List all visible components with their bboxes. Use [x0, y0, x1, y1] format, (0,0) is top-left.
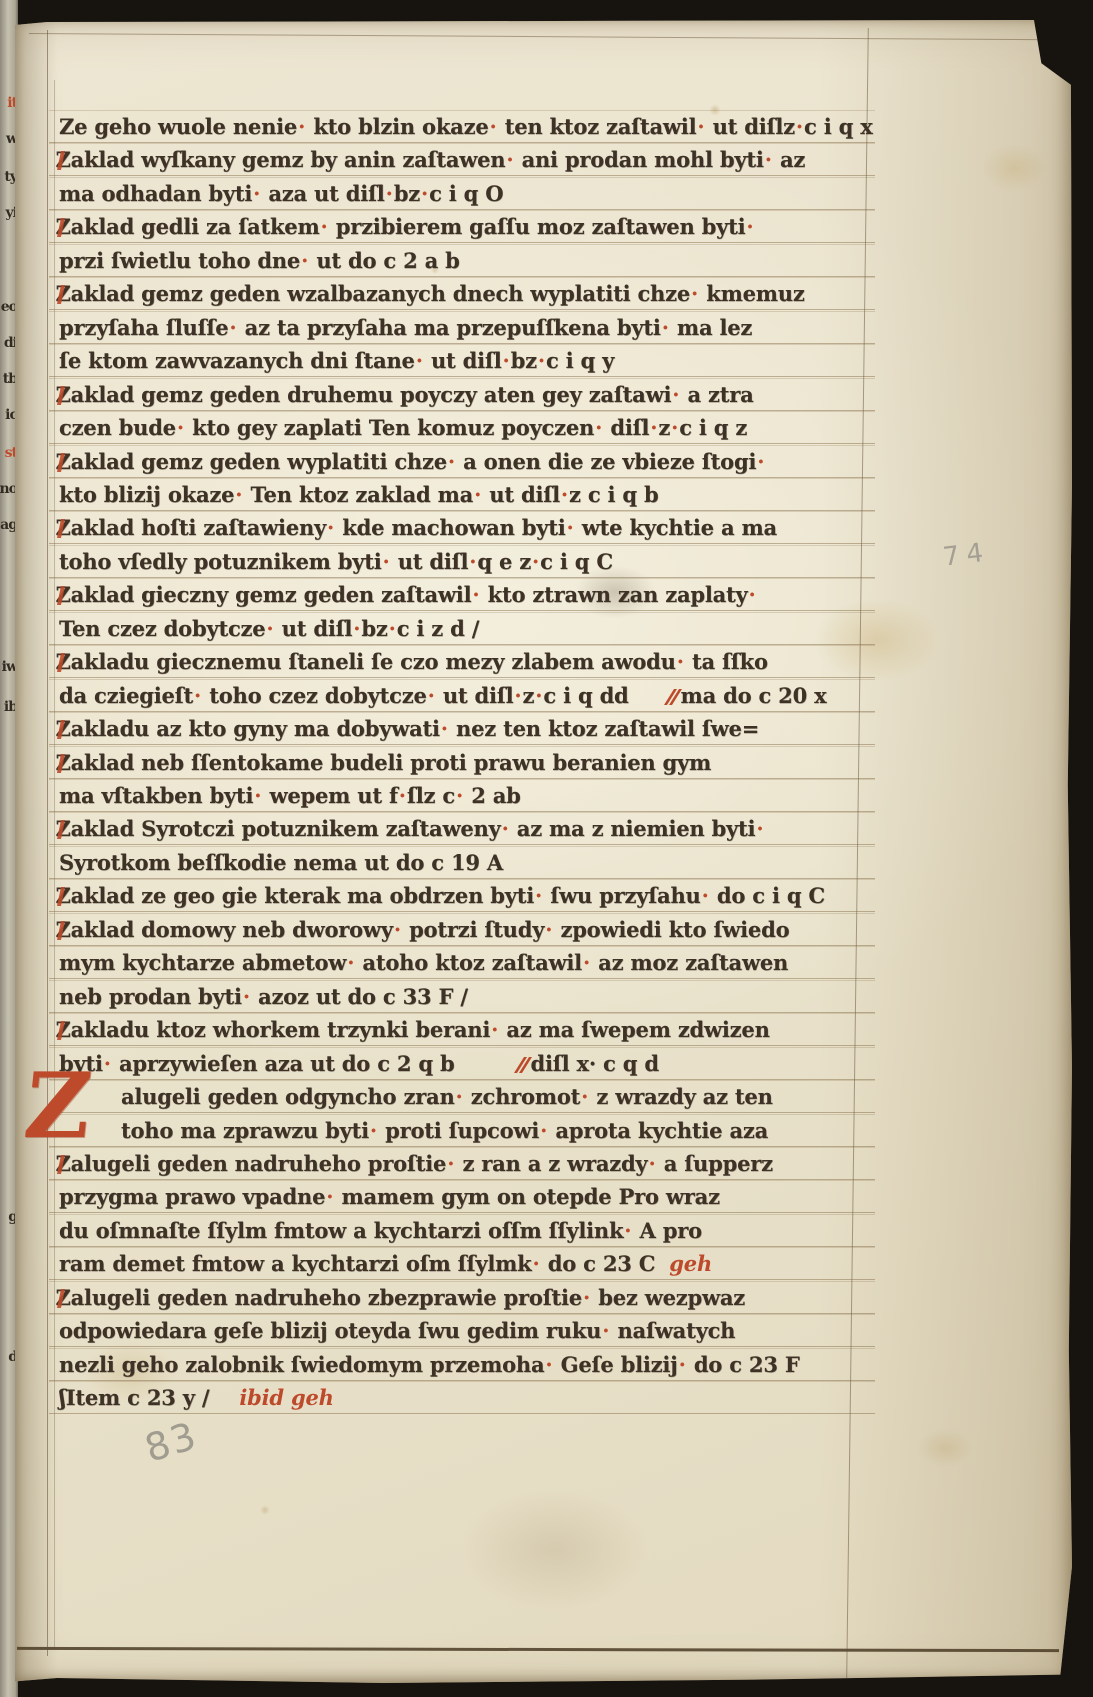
line-text: toho vſedly potuznikem byti· ut diſl·q e…	[59, 549, 613, 574]
line-text: przyſaha ſluſſe· az ta przyſaha ma przep…	[59, 315, 752, 340]
rubric-dot: ·	[388, 616, 397, 641]
rubric-dot: ·	[253, 783, 262, 808]
rubric-dot: ·	[393, 917, 402, 942]
text-line: toho vſedly potuznikem byti· ut diſl·q e…	[49, 545, 875, 578]
text-line: ſe ktom zawvazanych dni ſtane· ut diſl·b…	[49, 344, 875, 377]
text-line: przygma prawo vpadne· mamem gym on otepd…	[49, 1180, 875, 1213]
line-text: Syrotkom beſſkodie nema ut do c 19 A	[59, 850, 503, 875]
text-line: alugeli geden odgyncho zran· zchromot· z…	[49, 1080, 875, 1113]
line-text: Zaklad ze geo gie kterak ma obdrzen byti…	[56, 883, 825, 908]
text-line: neb prodan byti· azoz ut do c 33 F /	[49, 980, 875, 1013]
text-line: Zakladu ktoz whorkem trzynki berani· az …	[49, 1013, 875, 1046]
line-text: przi ſwietlu toho dne· ut do c 2 a b	[59, 248, 460, 273]
line-text: odpowiedara geſe blizij oteyda ſwu gedim…	[59, 1318, 735, 1343]
text-line: du oſmnaſte ſſylm fmtow a kychtarzi oſſm…	[49, 1214, 875, 1247]
line-text: Ten czez dobytcze· ut diſl·bz·c i z d /	[59, 616, 479, 641]
text-line: Zaklad gedli za ſatkem· przibierem gaſſu…	[49, 210, 875, 243]
line-text: Zaklad wyſkany gemz by anin zaſtawen· an…	[56, 147, 806, 172]
text-line: ram demet fmtow a kychtarzi oſm ſſylmk· …	[49, 1247, 875, 1280]
line-text: alugeli geden odgyncho zran· zchromot· z…	[121, 1084, 773, 1109]
text-line: przyſaha ſluſſe· az ta przyſaha ma przep…	[49, 311, 875, 344]
text-line: Zaklad hoſti zaſtawieny· kde machowan by…	[49, 511, 875, 544]
text-line: Ze geho wuole nenie· kto blzin okaze· te…	[49, 110, 875, 143]
rubric-dot: ·	[647, 1151, 656, 1176]
rubric-dot: ·	[352, 616, 361, 641]
text-line: Ten czez dobytcze· ut diſl·bz·c i z d /	[49, 612, 875, 645]
rubric-dot: ·	[676, 649, 685, 674]
line-text: nezli geho zalobnik ſwiedomym przemoha· …	[59, 1352, 800, 1377]
text-line: Syrotkom beſſkodie nema ut do c 19 A	[49, 846, 875, 879]
rubric-dot: ·	[326, 515, 335, 540]
text-line: Zalugeli geden nadruheho proſtie· z ran …	[49, 1147, 875, 1180]
rubric-double-slash	[664, 689, 677, 705]
rubric-dot: ·	[505, 147, 514, 172]
rubric-dot: ·	[582, 1285, 591, 1310]
rubric-dot: ·	[471, 582, 480, 607]
rubric-dot: ·	[228, 315, 237, 340]
line-text: Zalugeli geden nadruheho proſtie· z ran …	[56, 1151, 773, 1176]
rubric-dot: ·	[415, 348, 424, 373]
rubric-dot: ·	[539, 1118, 548, 1143]
facing-page-text-fragment: tb	[3, 372, 17, 386]
text-line: Zalugeli geden nadruheho zbezprawie proſ…	[49, 1281, 875, 1314]
pencil-folio-number: 74	[941, 537, 991, 573]
text-line: czen bude· kto gey zaplati Ten komuz poy…	[49, 411, 875, 444]
text-line: Zaklad gieczny gemz geden zaſtawil· kto …	[49, 578, 875, 611]
rubric-dot: ·	[745, 214, 754, 239]
rubric-dot: ·	[649, 415, 658, 440]
rubric-dot: ·	[382, 549, 391, 574]
line-text: mym kychtarze abmetow· atoho ktoz zaſtaw…	[59, 950, 788, 975]
line-text: ram demet fmtow a kychtarzi oſm ſſylmk· …	[59, 1251, 655, 1276]
rubric-dot: ·	[661, 315, 670, 340]
text-line: ma odhadan byti· aza ut diſl·bz·c i q O	[49, 177, 875, 210]
line-text: ma odhadan byti· aza ut diſl·bz·c i q O	[59, 181, 503, 206]
text-line: odpowiedara geſe blizij oteyda ſwu gedim…	[49, 1314, 875, 1347]
line-text: Zaklad neb ſſentokame budeli proti prawu…	[56, 750, 712, 775]
rubric-dot: ·	[346, 950, 355, 975]
line-text: Zakladu az kto gyny ma dobywati· nez ten…	[56, 716, 760, 741]
rubric-dot: ·	[690, 281, 699, 306]
line-text: Zakladu giecznemu ſtaneli ſe czo mezy zl…	[56, 649, 768, 674]
line-text: Zaklad gemz geden wyplatiti chze· a onen…	[56, 449, 766, 474]
text-line: da cziegieſt· toho czez dobytcze· ut diſ…	[49, 679, 875, 712]
line-text: ſe ktom zawvazanych dni ſtane· ut diſl·b…	[59, 348, 614, 373]
rubric-dot: ·	[297, 114, 306, 139]
rubric-dot: ·	[398, 783, 407, 808]
rubric-dot: ·	[566, 515, 575, 540]
line-text: Ze geho wuole nenie· kto blzin okaze· te…	[59, 114, 873, 139]
text-line: mym kychtarze abmetow· atoho ktoz zaſtaw…	[49, 946, 875, 979]
rubric-dot: ·	[501, 816, 510, 841]
left-margin-ruling	[47, 30, 48, 1656]
rubric-dot: ·	[582, 950, 591, 975]
line-text: da cziegieſt· toho czez dobytcze· ut diſ…	[59, 683, 629, 708]
rubric-dot: ·	[265, 616, 274, 641]
text-line: Zaklad domowy neb dworowy· potrzi ſtudy·…	[49, 913, 875, 946]
rubric-dot: ·	[234, 482, 243, 507]
line-text: ma vſtakben byti· wepem ut f·ſlz c· 2 ab	[59, 783, 521, 808]
marginal-note: ma do c 20 x	[669, 680, 827, 711]
manuscript-page: Ze geho wuole nenie· kto blzin okaze· te…	[15, 20, 1072, 1683]
line-text: Zaklad domowy neb dworowy· potrzi ſtudy·…	[56, 917, 790, 942]
line-text: kto blizij okaze· Ten ktoz zaklad ma· ut…	[59, 482, 659, 507]
text-line: Zaklad gemz geden wzalbazanych dnech wyp…	[49, 277, 875, 310]
rubric-dot: ·	[385, 181, 394, 206]
rubric-dot: ·	[369, 1118, 378, 1143]
rubric-dot: ·	[532, 1251, 541, 1276]
line-text: ʃItem c 23 y /	[59, 1385, 209, 1410]
rubric-dot: ·	[534, 683, 543, 708]
text-line: Zaklad gemz geden wyplatiti chze· a onen…	[49, 445, 875, 478]
text-line: Zaklad neb ſſentokame budeli proti prawu…	[49, 746, 875, 779]
rubric-dot: ·	[671, 382, 680, 407]
rubric-dot: ·	[468, 549, 477, 574]
rubric-dot: ·	[748, 582, 757, 607]
rubric-dot: ·	[560, 482, 569, 507]
line-text: toho ma zprawzu byti· proti ſupcowi· apr…	[121, 1118, 768, 1143]
rubric-dot: ·	[490, 1017, 499, 1042]
text-line: przi ſwietlu toho dne· ut do c 2 a b	[49, 244, 875, 277]
line-text: du oſmnaſte ſſylm fmtow a kychtarzi oſſm…	[59, 1218, 702, 1243]
line-text: Zaklad hoſti zaſtawieny· kde machowan by…	[56, 515, 777, 540]
text-line: ma vſtakben byti· wepem ut f·ſlz c· 2 ab	[49, 779, 875, 812]
line-text: Zakladu ktoz whorkem trzynki berani· az …	[56, 1017, 770, 1042]
line-text: Zaklad Syrotczi potuznikem zaſtaweny· az…	[56, 816, 765, 841]
line-text: byti· aprzywieſen aza ut do c 2 q b	[59, 1051, 455, 1076]
rubric-dot: ·	[701, 883, 710, 908]
rubric-dot: ·	[427, 683, 436, 708]
text-line: kto blizij okaze· Ten ktoz zaklad ma· ut…	[49, 478, 875, 511]
rubric-dot: ·	[252, 181, 261, 206]
line-text: Zaklad gemz geden wzalbazanych dnech wyp…	[56, 281, 805, 306]
rubric-dot: ·	[103, 1051, 112, 1076]
text-line: byti· aprzywieſen aza ut do c 2 q bdiſl …	[49, 1047, 875, 1080]
text-line: Zaklad ze geo gie kterak ma obdrzen byti…	[49, 879, 875, 912]
text-line: toho ma zprawzu byti· proti ſupcowi· apr…	[49, 1114, 875, 1147]
line-text: Zalugeli geden nadruheho zbezprawie proſ…	[56, 1285, 745, 1310]
rubric-dot: ·	[764, 147, 773, 172]
rubric-dot: ·	[300, 248, 309, 273]
rubric-dot: ·	[420, 181, 429, 206]
rubric-dot: ·	[678, 1352, 687, 1377]
facing-page-text-fragment: ag	[0, 518, 17, 532]
text-line: ʃItem c 23 y /ibid geh	[49, 1381, 875, 1414]
rubric-dot: ·	[670, 415, 679, 440]
line-text: przygma prawo vpadne· mamem gym on otepd…	[59, 1184, 720, 1209]
marginal-note: geh	[669, 1248, 712, 1279]
line-text: Zaklad gedli za ſatkem· przibierem gaſſu…	[56, 214, 755, 239]
rubric-dot: ·	[601, 1318, 610, 1343]
rubric-dot: ·	[325, 1184, 334, 1209]
facing-page-text-fragment: no	[0, 482, 17, 496]
text-line: nezli geho zalobnik ſwiedomym przemoha· …	[49, 1348, 875, 1381]
rubric-dot: ·	[447, 449, 456, 474]
line-text: Zaklad gemz geden druhemu poyczy aten ge…	[56, 382, 754, 407]
rubric-dot: ·	[502, 348, 511, 373]
line-text: czen bude· kto gey zaplati Ten komuz poy…	[59, 415, 747, 440]
rubric-dot: ·	[513, 683, 522, 708]
rubric-dot: ·	[473, 482, 482, 507]
line-text: neb prodan byti· azoz ut do c 33 F /	[59, 984, 468, 1009]
text-line: Zaklad gemz geden druhemu poyczy aten ge…	[49, 378, 875, 411]
photograph-background: itwtyyieoditbicstnoagiwibgd Ze geho wuol…	[0, 0, 1093, 1697]
rubric-dot: ·	[488, 114, 497, 139]
rubric-dot: ·	[455, 783, 464, 808]
facing-page-text-fragment: eo	[1, 300, 17, 314]
rubric-dot: ·	[756, 449, 765, 474]
drop-cap-initial: Z	[21, 1070, 94, 1142]
rubric-dot: ·	[176, 415, 185, 440]
rubric-dot: ·	[580, 1084, 589, 1109]
rubric-dot: ·	[242, 984, 251, 1009]
rubric-dot: ·	[193, 683, 202, 708]
line-text: Zaklad gieczny gemz geden zaſtawil· kto …	[56, 582, 757, 607]
rubric-dot: ·	[446, 1151, 455, 1176]
text-line: Zakladu az kto gyny ma dobywati· nez ten…	[49, 712, 875, 745]
rubric-double-slash	[514, 1057, 527, 1073]
rubric-dot: ·	[696, 114, 705, 139]
rubric-dot: ·	[544, 917, 553, 942]
rubric-dot: ·	[534, 883, 543, 908]
facing-page-text-fragment: iw	[2, 660, 17, 674]
rubric-dot: ·	[544, 1352, 553, 1377]
text-line: Zakladu giecznemu ſtaneli ſe czo mezy zl…	[49, 645, 875, 678]
rubric-dot: ·	[319, 214, 328, 239]
rubric-dot: ·	[455, 1084, 464, 1109]
text-line: Zaklad wyſkany gemz by anin zaſtawen· an…	[49, 143, 875, 176]
text-line: Zaklad Syrotczi potuznikem zaſtaweny· az…	[49, 812, 875, 845]
marginal-note: diſl x· c q d	[519, 1048, 659, 1079]
rubric-dot: ·	[537, 348, 546, 373]
rubric-dot: ·	[755, 816, 764, 841]
rubric-dot: ·	[531, 549, 540, 574]
rubric-dot: ·	[594, 415, 603, 440]
rubric-dot: ·	[795, 114, 804, 139]
rubric-dot: ·	[623, 1218, 632, 1243]
marginal-note: ibid geh	[239, 1382, 333, 1413]
rubric-dot: ·	[440, 716, 449, 741]
